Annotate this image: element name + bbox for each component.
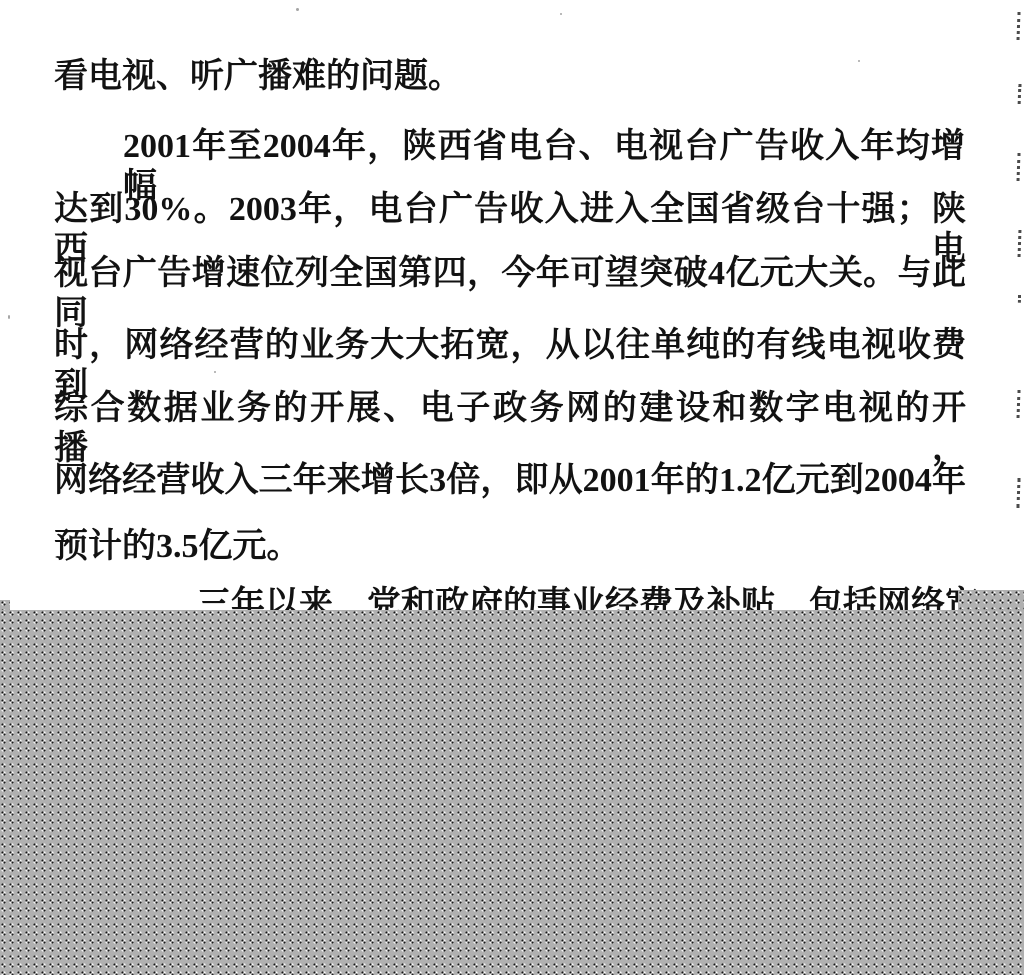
toner-speck: [283, 76, 286, 79]
scan-artifact-mark: [1018, 230, 1022, 257]
toner-speck: [8, 315, 10, 319]
toner-speck: [858, 60, 860, 62]
text-line-4: 视台广告增速位列全国第四，今年可望突破4亿元大关。与此同: [54, 254, 966, 334]
scan-artifact-mark: [1018, 295, 1021, 303]
text-line-7: 网络经营收入三年来增长3倍，即从2001年的1.2亿元到2004年: [54, 461, 966, 501]
text-line-6: 综合数据业务的开展、电子政务网的建设和数字电视的开播，: [54, 389, 966, 469]
toner-speck: [633, 355, 635, 357]
scan-artifact-mark: [1018, 84, 1022, 104]
document-page: 看电视、听广播难的问题。 2001年至2004年，陕西省电台、电视台广告收入年均…: [0, 0, 1024, 975]
toner-speck: [560, 13, 562, 15]
scan-artifact-mark: [1017, 153, 1021, 181]
toner-speck: [296, 8, 299, 11]
text-line-8: 预计的3.5亿元。: [54, 527, 301, 567]
halftone-block: [0, 610, 1024, 975]
scan-artifact-mark: [1017, 12, 1021, 40]
halftone-block-step: [958, 590, 1024, 612]
toner-speck: [214, 371, 216, 373]
text-line-1: 看电视、听广播难的问题。: [54, 57, 462, 97]
scan-artifact-mark: [1016, 478, 1020, 508]
scan-artifact-mark: [1017, 390, 1021, 418]
